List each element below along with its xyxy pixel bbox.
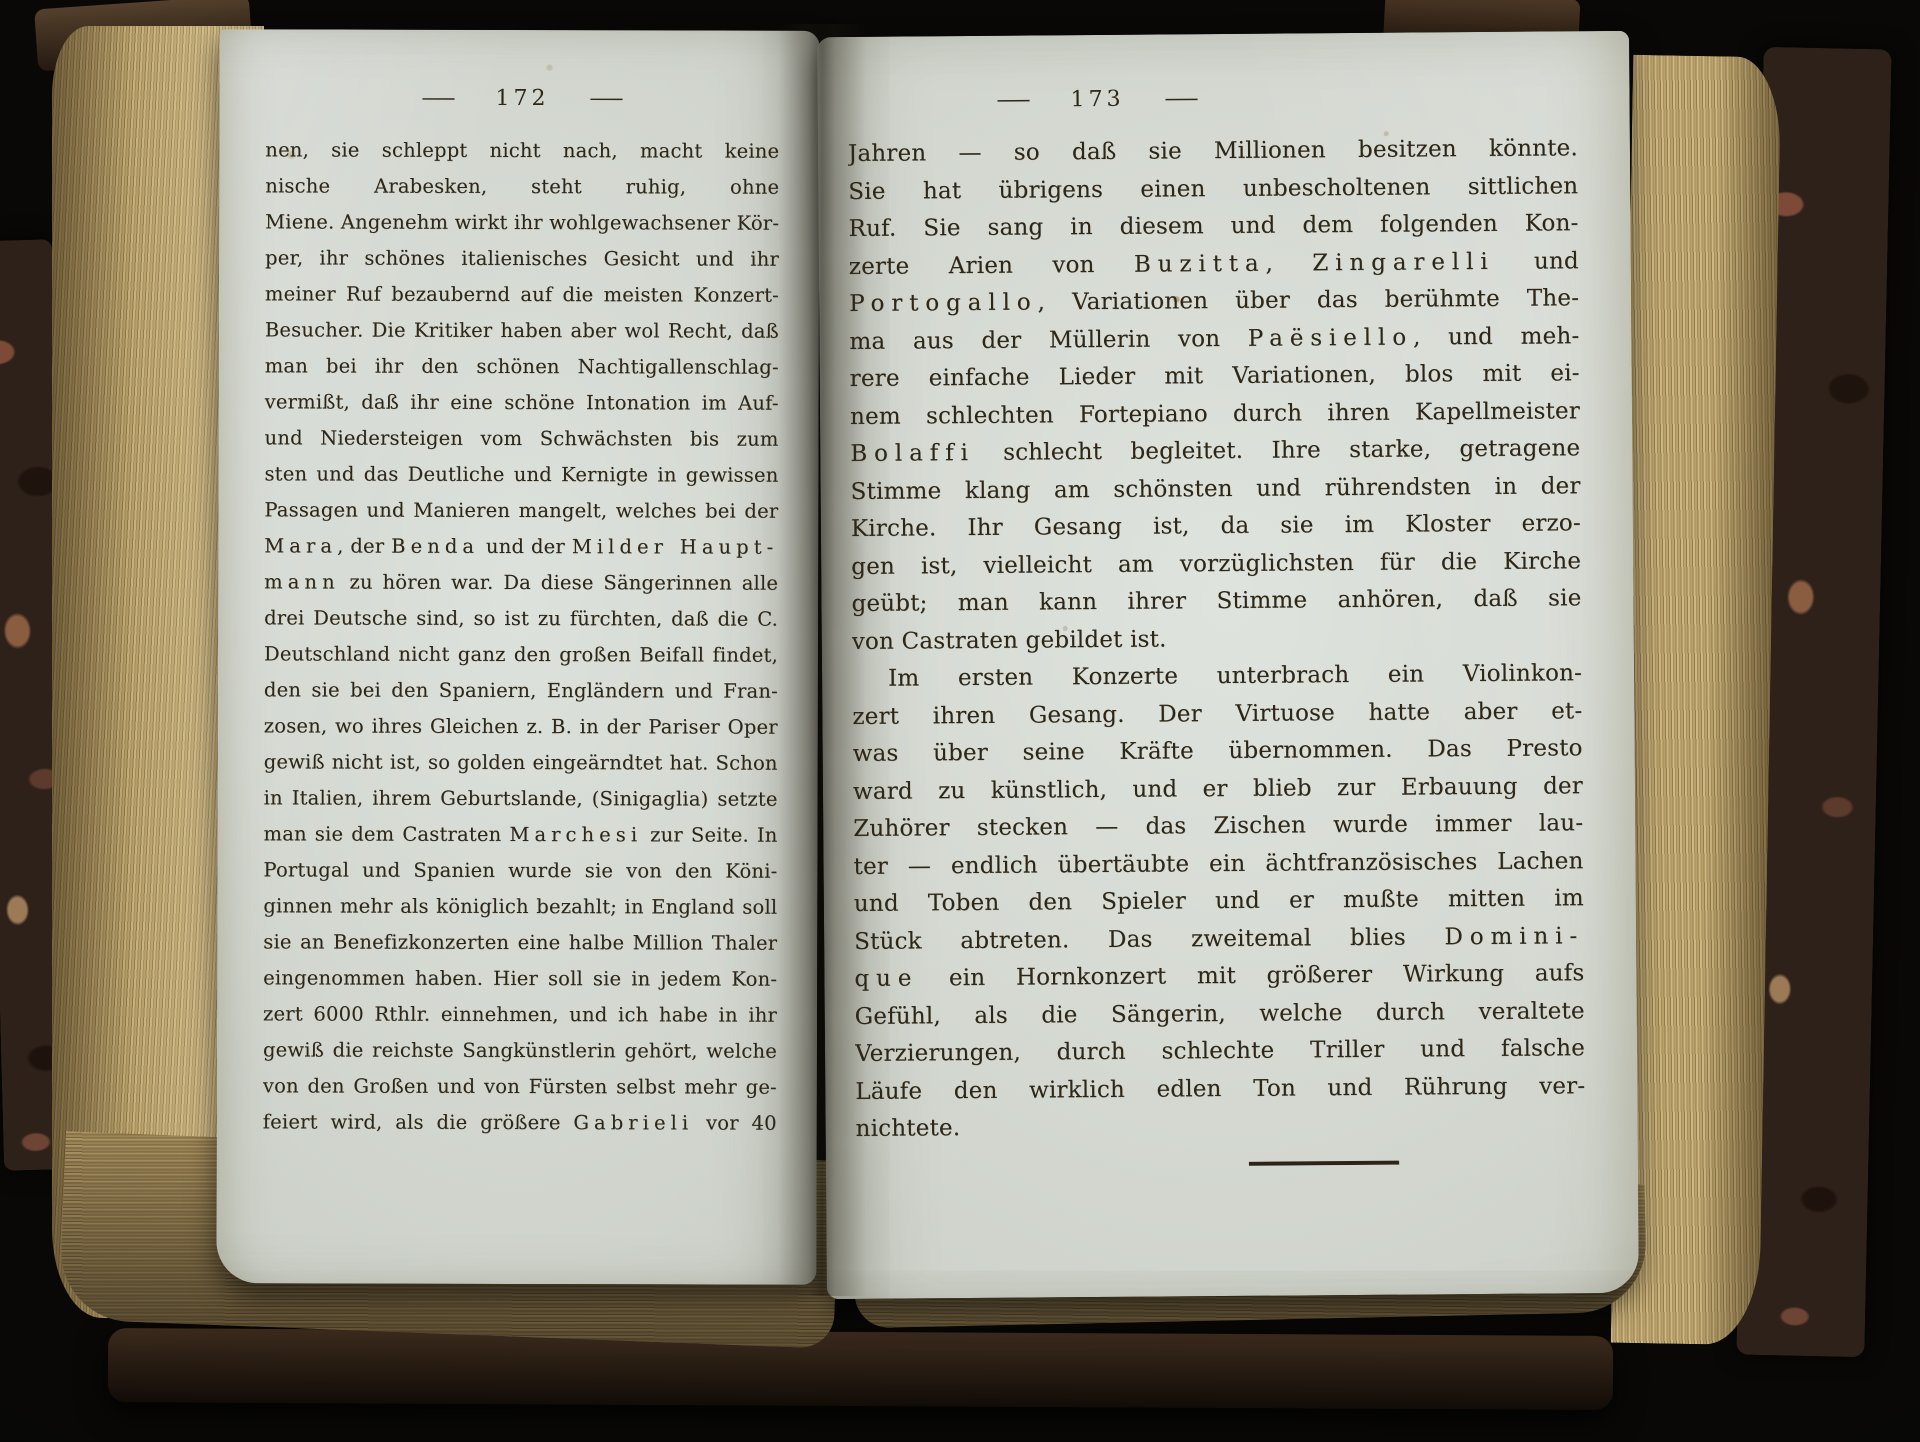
text-line: geübt; man kann ihrer Stimme anhören, da… — [851, 580, 1581, 623]
letterspaced-name: Mara — [264, 534, 337, 557]
letterspaced-name: Marchesi — [509, 823, 642, 846]
letterspaced-name: Buzitta — [1134, 250, 1266, 277]
text-segment: feiert wird, als die größere — [263, 1110, 574, 1134]
text-line: man sie dem Castraten Marchesi zur Seite… — [263, 816, 777, 853]
page-header: — 172 — — [265, 85, 779, 111]
page-header: — 173 — — [732, 84, 1462, 115]
letterspaced-name: Gabrieli — [573, 1111, 693, 1134]
text-line: ginnen mehr als königlich bezahlt; in En… — [263, 888, 777, 925]
text-line: nen, sie schleppt nicht nach, macht kein… — [265, 132, 779, 169]
text-line: sten und das Deutliche und Kernigte in g… — [264, 456, 778, 493]
text-segment: zerte Arien von — [849, 251, 1134, 279]
text-segment: ma aus der Müllerin von — [849, 325, 1248, 354]
text-segment: , — [1265, 250, 1312, 276]
text-line: zosen, wo ihres Gleichen z. B. in der Pa… — [264, 708, 778, 745]
text-line: drei Deutsche sind, so ist zu fürchten, … — [264, 600, 778, 637]
text-line: Kirche. Ihr Gesang ist, da sie im Kloste… — [851, 505, 1581, 548]
letterspaced-name: Domini- — [1444, 923, 1584, 950]
text-segment: und — [1495, 248, 1579, 275]
text-line: Sie hat übrigens einen unbescholtenen si… — [848, 168, 1578, 211]
text-line: Portugal und Spanien wurde sie von den K… — [263, 852, 777, 889]
section-separator-rule — [1249, 1160, 1399, 1165]
text-line: meiner Ruf bezaubernd auf die meisten Ko… — [265, 276, 779, 313]
text-line: Verzierungen, durch schlechte Triller un… — [855, 1030, 1585, 1073]
header-dash-right: — — [589, 86, 624, 111]
text-line: mann zu hören war. Da diese Sängerinnen … — [264, 564, 778, 601]
text-segment: und der — [479, 535, 572, 558]
text-line: gewiß die reichste Sangkünstlerin gehört… — [263, 1032, 777, 1069]
open-book-photo: — 172 — nen, sie schleppt nicht nach, ma… — [0, 0, 1920, 1442]
text-line: eingenommen haben. Hier soll sie in jede… — [263, 960, 777, 997]
text-line: zert 6000 Rthlr. einnehmen, und ich habe… — [263, 996, 777, 1033]
text-line: Läufe den wirklich edlen Ton und Rührung… — [855, 1068, 1585, 1111]
text-segment: Stück abtreten. Das zweitemal blies — [854, 924, 1444, 955]
header-dash-left: — — [996, 88, 1031, 113]
text-line: zerte Arien von Buzitta, Zingarelli und — [849, 243, 1579, 286]
text-line: Stück abtreten. Das zweitemal blies Domi… — [854, 918, 1584, 961]
header-dash-right: — — [1164, 86, 1199, 111]
text-line: nem schlechten Fortepiano durch ihren Ka… — [850, 393, 1580, 436]
header-dash-left: — — [421, 86, 456, 111]
page-text-column: Jahren — so daß sie Millionen besitzen k… — [848, 130, 1586, 1168]
leather-cover-bottom — [108, 1328, 1613, 1410]
book-page-173: — 173 — Jahren — so daß sie Millionen be… — [817, 31, 1639, 1299]
text-line: den sie bei den Spaniern, Engländern und… — [264, 672, 778, 709]
text-segment: schlecht begleitet. Ihre starke, getrage… — [975, 435, 1581, 466]
text-line: Miene. Angenehm wirkt ihr wohlgewachsene… — [265, 204, 779, 241]
text-line: und Toben den Spieler und er mußte mitte… — [854, 880, 1584, 923]
text-line: Im ersten Konzerte unterbrach ein Violin… — [852, 655, 1582, 698]
letterspaced-name: Benda — [391, 535, 479, 558]
letterspaced-name: Paësiello — [1248, 324, 1413, 351]
text-line: und Niedersteigen vom Schwächsten bis zu… — [265, 420, 779, 457]
letterspaced-name: mann — [264, 570, 340, 593]
text-line: nichtete. — [855, 1105, 1585, 1148]
text-line: ma aus der Müllerin von Paësiello, und m… — [849, 318, 1579, 361]
text-line: Bolaffi schlecht begleitet. Ihre starke,… — [850, 430, 1580, 473]
text-segment: zur Seite. In — [642, 823, 777, 846]
letterspaced-name: Zingarelli — [1312, 248, 1494, 275]
text-line: feiert wird, als die größere Gabrieli vo… — [263, 1104, 777, 1141]
text-segment: ein Hornkonzert mit größerer Wirkung auf… — [918, 960, 1584, 991]
text-line: gen ist, vielleicht am vorzüglichsten fü… — [851, 543, 1581, 586]
text-segment: zu hören war. Da diese Sängerinnen alle — [340, 571, 779, 595]
text-line: zert ihren Gesang. Der Virtuose hatte ab… — [852, 693, 1582, 736]
text-line: Gefühl, als die Sängerin, welche durch v… — [855, 993, 1585, 1036]
text-line: vermißt, daß ihr eine schöne Intonation … — [265, 384, 779, 421]
text-line: in Italien, ihrem Geburtslande, (Sinigag… — [264, 780, 778, 817]
letterspaced-name: Bolaffi — [850, 440, 975, 467]
page-text-column: nen, sie schleppt nicht nach, macht kein… — [263, 132, 780, 1141]
book-page-172: — 172 — nen, sie schleppt nicht nach, ma… — [216, 29, 819, 1285]
text-line: Jahren — so daß sie Millionen besitzen k… — [848, 130, 1578, 173]
text-line: rere einfache Lieder mit Variationen, bl… — [850, 355, 1580, 398]
text-line: Besucher. Die Kritiker haben aber wol Re… — [265, 312, 779, 349]
letterspaced-name: Portogallo — [849, 289, 1038, 316]
text-line: per, ihr schönes italienisches Gesicht u… — [265, 240, 779, 277]
text-line: man bei ihr den schönen Nachtigallenschl… — [265, 348, 779, 385]
text-segment: vor 40 — [693, 1111, 777, 1134]
text-segment: man sie dem Castraten — [264, 822, 510, 846]
text-line: que ein Hornkonzert mit größerer Wirkung… — [854, 955, 1584, 998]
letterspaced-name: Milder Haupt- — [572, 535, 779, 559]
text-line: was über seine Kräfte übernommen. Das Pr… — [853, 730, 1583, 773]
text-line: Portogallo, Variationen über das berühmt… — [849, 280, 1579, 323]
text-line: nische Arabesken, steht ruhig, ohne beif… — [265, 168, 779, 205]
page-number: 173 — [1070, 87, 1124, 112]
page-number: 172 — [495, 86, 549, 111]
text-line: ter — endlich übertäubte ein ächtfranzös… — [853, 843, 1583, 886]
text-line: Mara, der Benda und der Milder Haupt- — [264, 528, 778, 565]
text-segment: , der — [337, 535, 391, 558]
text-line: sie an Benefizkonzerten eine halbe Milli… — [263, 924, 777, 961]
text-line: von Castraten gebildet ist. — [852, 618, 1582, 661]
text-line: Deutschland nicht ganz den großen Beifal… — [264, 636, 778, 673]
text-segment: , und meh- — [1413, 323, 1580, 350]
text-line: von den Großen und von Fürsten selbst me… — [263, 1068, 777, 1105]
text-line: Passagen und Manieren mangelt, welches b… — [264, 492, 778, 529]
text-line: Stimme klang am schönsten und rührendste… — [850, 468, 1580, 511]
letterspaced-name: que — [854, 965, 918, 992]
text-line: ward zu künstlich, und er blieb zur Erba… — [853, 768, 1583, 811]
text-line: gewiß nicht ist, so golden eingeärndtet … — [264, 744, 778, 781]
text-line: Zuhörer stecken — das Zischen wurde imme… — [853, 805, 1583, 848]
text-segment: , Variationen über das berühmte The- — [1038, 285, 1580, 315]
text-line: Ruf. Sie sang in diesem und dem folgende… — [848, 205, 1578, 248]
